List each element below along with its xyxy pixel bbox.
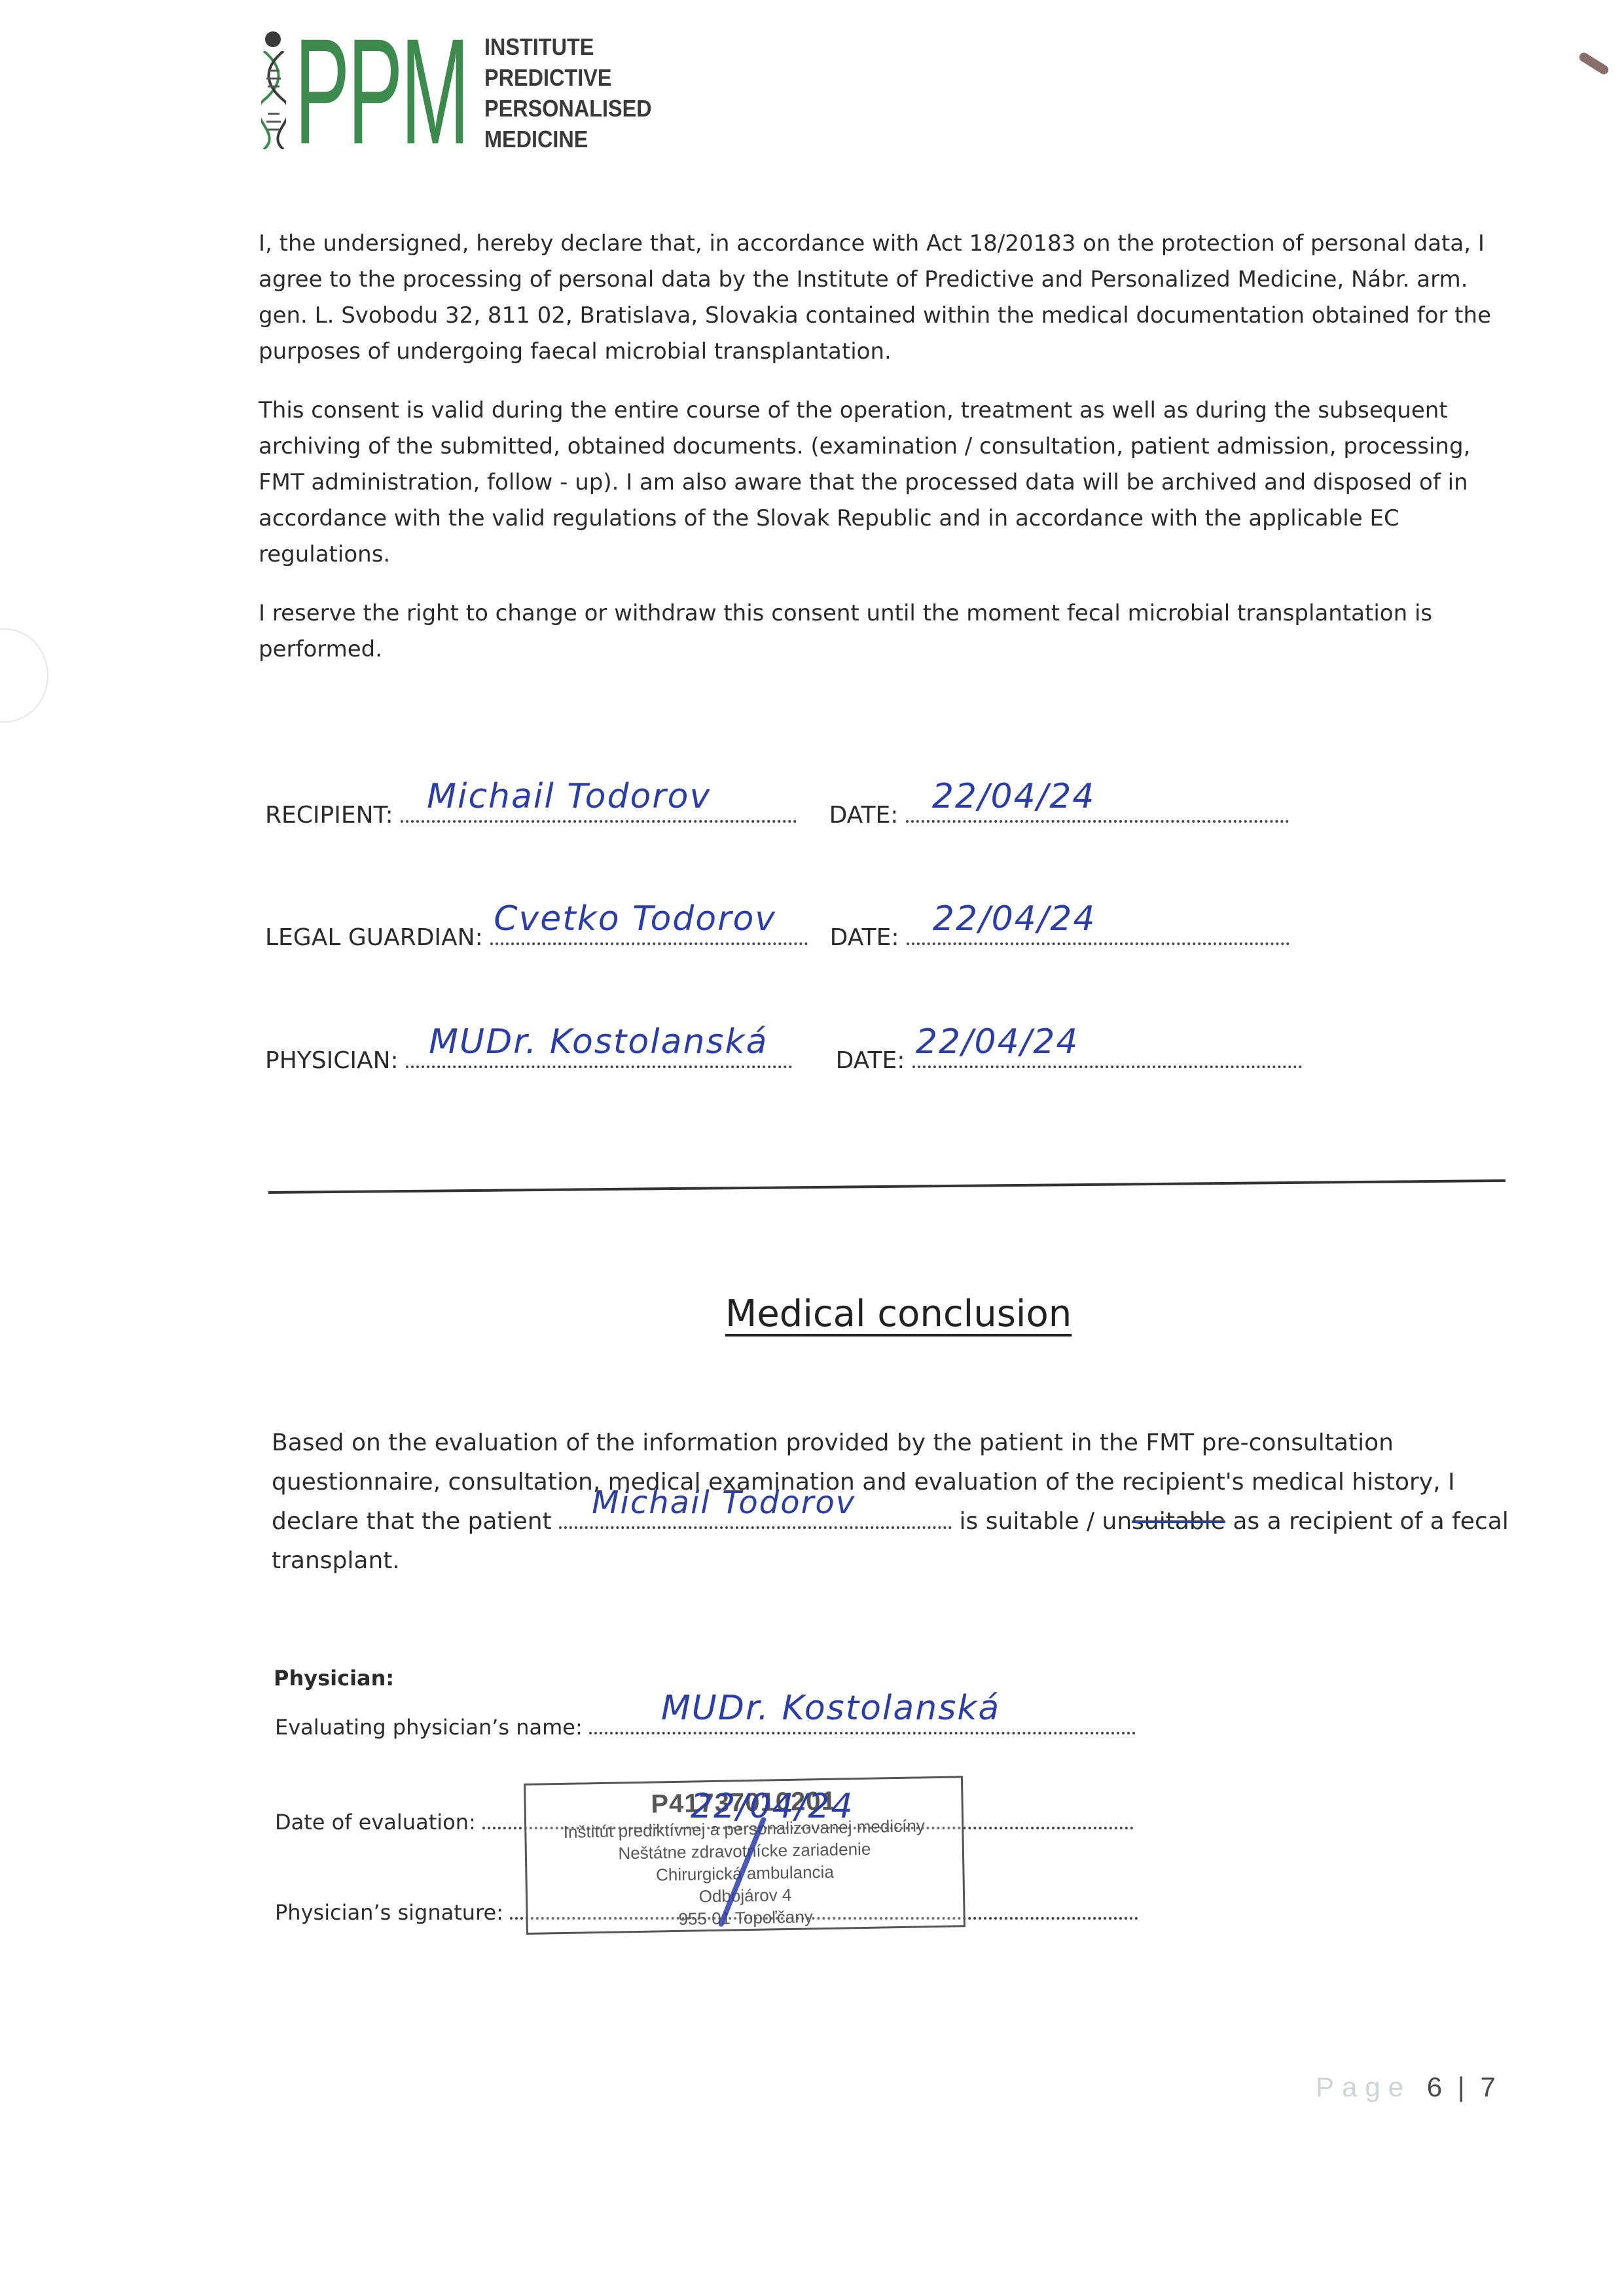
consent-paragraph-1: I, the undersigned, hereby declare that,… [259, 226, 1502, 370]
physician-name-field[interactable]: MUDr. Kostolanská [406, 1062, 792, 1068]
evaluating-physician-label: Evaluating physician’s name: [275, 1715, 583, 1740]
patient-name: Michail Todorov [592, 1483, 856, 1522]
guardian-date-label: DATE: [830, 924, 899, 951]
evaluation-date-handwritten: 22/04/24 [691, 1787, 854, 1826]
guardian-name-field[interactable]: Cvetko Todorov [490, 939, 808, 945]
recipient-date-field[interactable]: 22/04/24 [906, 816, 1289, 823]
physician-date: 22/04/24 [916, 1022, 1079, 1062]
evaluating-physician-row: Evaluating physician’s name: MUDr. Kosto… [275, 1715, 1136, 1740]
logo-line: INSTITUTE [484, 31, 652, 62]
conclusion-paragraph: Based on the evaluation of the informati… [272, 1424, 1528, 1581]
logo-line: MEDICINE [484, 124, 652, 154]
page-footer: Page 6 | 7 [1316, 2072, 1500, 2103]
guardian-label: LEGAL GUARDIAN: [265, 924, 483, 951]
physician-signature-label: Physician’s signature: [275, 1900, 503, 1925]
scan-hole-mark [0, 628, 48, 723]
recipient-date-label: DATE: [829, 802, 899, 829]
recipient-label: RECIPIENT: [265, 802, 393, 829]
dna-helix-icon [261, 51, 286, 149]
recipient-date: 22/04/24 [932, 777, 1096, 816]
evaluation-date-label: Date of evaluation: [275, 1810, 476, 1835]
guardian-name: Cvetko Todorov [494, 899, 776, 939]
physician-signature-row: PHYSICIAN: MUDr. Kostolanská DATE: 22/04… [265, 1047, 1302, 1074]
conclusion-title: Medical conclusion [725, 1293, 1072, 1335]
physician-name: MUDr. Kostolanská [429, 1022, 768, 1062]
recipient-name: Michail Todorov [427, 777, 711, 816]
physician-label: PHYSICIAN: [265, 1047, 399, 1074]
scan-smudge [1578, 51, 1610, 76]
logo-dot-icon [265, 31, 281, 47]
evaluating-physician-name: MUDr. Kostolanská [661, 1689, 1000, 1728]
logo-institute-name: INSTITUTE PREDICTIVE PERSONALISED MEDICI… [484, 31, 652, 154]
page-number: 6 | 7 [1427, 2072, 1500, 2102]
logo-line: PERSONALISED [484, 93, 652, 124]
conclusion-suitable-text: is suitable / un [960, 1508, 1132, 1535]
physician-date-label: DATE: [836, 1047, 905, 1074]
page-word: Page [1316, 2072, 1411, 2102]
guardian-signature-row: LEGAL GUARDIAN: Cvetko Todorov DATE: 22/… [265, 924, 1290, 951]
recipient-name-field[interactable]: Michail Todorov [401, 816, 797, 823]
section-divider [268, 1179, 1506, 1194]
physician-date-field[interactable]: 22/04/24 [912, 1062, 1302, 1068]
evaluating-physician-field[interactable]: MUDr. Kostolanská [589, 1728, 1136, 1734]
recipient-signature-row: RECIPIENT: Michail Todorov DATE: 22/04/2… [265, 802, 1289, 829]
ppm-logo: PPM INSTITUTE PREDICTIVE PERSONALISED ME… [259, 26, 664, 151]
guardian-date: 22/04/24 [933, 899, 1096, 939]
logo-line: PREDICTIVE [484, 62, 652, 93]
consent-paragraph-2: This consent is valid during the entire … [259, 393, 1502, 573]
logo-letters: PPM [295, 29, 467, 154]
consent-paragraph-3: I reserve the right to change or withdra… [259, 596, 1502, 668]
struck-unsuitable: suitable [1132, 1508, 1225, 1535]
guardian-date-field[interactable]: 22/04/24 [907, 939, 1290, 945]
physician-heading: Physician: [274, 1666, 394, 1691]
patient-name-field[interactable]: Michail Todorov [559, 1522, 952, 1529]
